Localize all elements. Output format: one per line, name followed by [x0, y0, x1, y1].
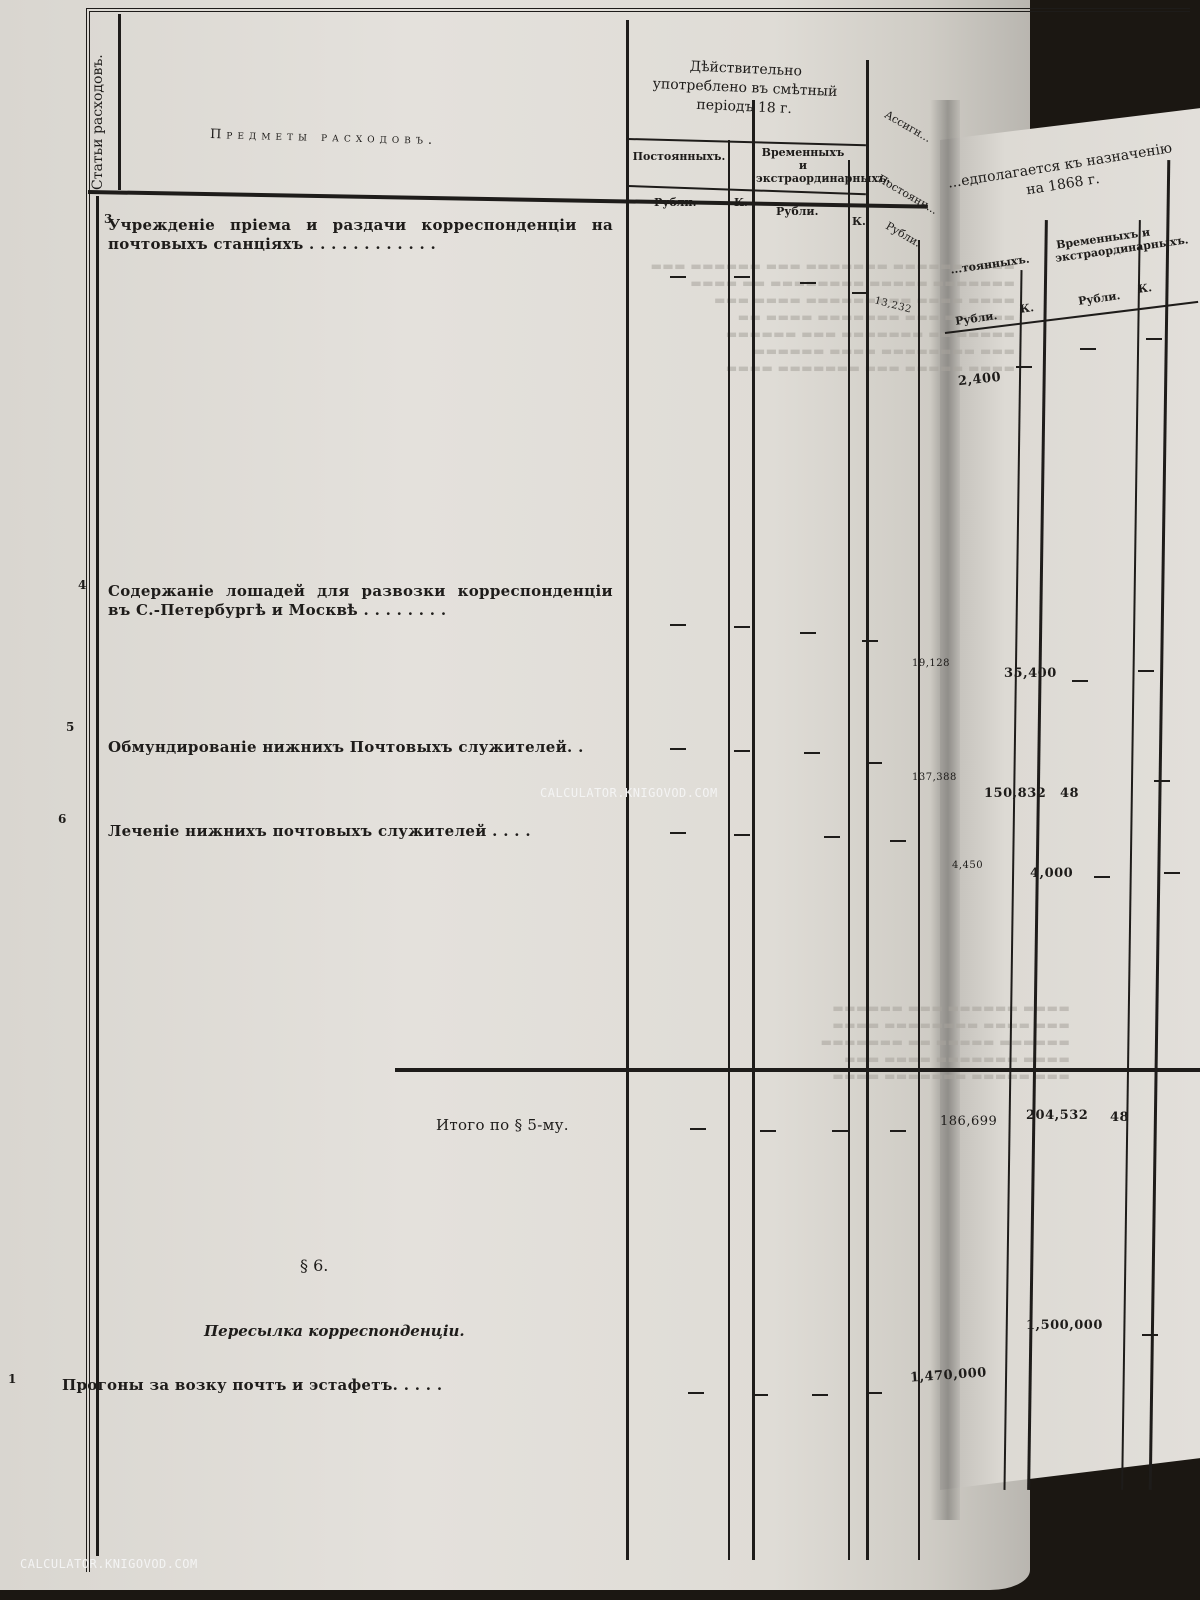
empty-value-dash — [734, 276, 750, 278]
header-actual-expenses: Дѣйствительно употреблено въ смѣтный пер… — [639, 55, 851, 121]
empty-value-dash — [1016, 366, 1032, 368]
total-assigned-value: 186,699 — [940, 1114, 997, 1129]
proposed-value: 1,500,000 — [1026, 1318, 1103, 1333]
watermark-bottom: CALCULATOR.KNIGOVOD.COM — [20, 1557, 198, 1571]
empty-value-dash — [862, 640, 878, 642]
empty-value-dash — [1072, 680, 1088, 682]
row-item-text: Обмундированіе нижнихъ Почтовыхъ служите… — [108, 738, 584, 757]
proposed-value: 35,400 — [1004, 666, 1057, 681]
total-proposed-kopecks: 48 — [1110, 1110, 1129, 1125]
header-permanent: Постоянныхъ. — [632, 150, 726, 163]
header-rubles: Рубли. — [776, 205, 818, 218]
column-divider — [728, 140, 730, 1560]
watermark-center: CALCULATOR.KNIGOVOD.COM — [540, 786, 718, 800]
empty-value-dash — [1146, 338, 1162, 340]
empty-value-dash — [752, 1394, 768, 1396]
empty-value-dash — [866, 1392, 882, 1394]
empty-value-dash — [890, 840, 906, 842]
section-subtitle: Пересылка корреспонденціи. — [204, 1322, 465, 1340]
empty-value-dash — [1142, 1334, 1158, 1336]
empty-value-dash — [670, 832, 686, 834]
header-rubles: Рубли. — [654, 196, 696, 209]
total-rule — [395, 1068, 1200, 1072]
empty-value-dash — [734, 626, 750, 628]
row-item-text: Леченіе нижнихъ почтовыхъ служителей . .… — [108, 822, 531, 841]
empty-value-dash — [890, 1130, 906, 1132]
empty-value-dash — [690, 1128, 706, 1130]
empty-value-dash — [800, 282, 816, 284]
empty-value-dash — [1138, 670, 1154, 672]
column-divider — [118, 14, 121, 190]
column-divider — [918, 240, 920, 1560]
empty-value-dash — [824, 836, 840, 838]
empty-value-dash — [866, 762, 882, 764]
proposed-value: 4,000 — [1030, 866, 1073, 881]
total-proposed-value: 204,532 — [1026, 1108, 1088, 1123]
empty-value-dash — [670, 276, 686, 278]
row-item-text: Прогоны за возку почтъ и эстафетъ. . . .… — [62, 1376, 442, 1395]
empty-value-dash — [1080, 348, 1096, 350]
empty-value-dash — [1154, 780, 1170, 782]
column-divider — [866, 60, 869, 1560]
empty-value-dash — [760, 1130, 776, 1132]
header-proposed-kopecks: К. — [1137, 281, 1153, 296]
header-proposed-kopecks: К. — [1019, 301, 1035, 316]
row-number: 1 — [8, 1372, 16, 1386]
header-temporary: Временныхъ и экстраординарныхъ. — [756, 146, 850, 185]
section-heading: § 6. — [300, 1256, 328, 1275]
empty-value-dash — [734, 834, 750, 836]
empty-value-dash — [852, 292, 868, 294]
column-divider — [752, 100, 755, 1560]
row-number: 4 — [78, 578, 86, 592]
empty-value-dash — [1164, 872, 1180, 874]
assigned-value: 19,128 — [912, 658, 950, 669]
proposed-value: 150,832 — [984, 786, 1046, 801]
row-number: 5 — [66, 720, 74, 734]
header-kopecks: К. — [852, 215, 866, 228]
empty-value-dash — [670, 748, 686, 750]
empty-value-dash — [812, 1394, 828, 1396]
empty-value-dash — [670, 624, 686, 626]
assigned-value: 137,388 — [912, 772, 957, 783]
empty-value-dash — [800, 632, 816, 634]
row-number: 6 — [58, 812, 66, 826]
empty-value-dash — [688, 1392, 704, 1394]
assigned-value: 4,450 — [952, 860, 983, 871]
header-kopecks: К. — [734, 196, 748, 209]
empty-value-dash — [1094, 876, 1110, 878]
total-label: Итого по § 5-му. — [436, 1116, 569, 1135]
empty-value-dash — [832, 1130, 848, 1132]
proposed-kopecks: 48 — [1060, 786, 1079, 801]
empty-value-dash — [804, 752, 820, 754]
empty-value-dash — [734, 750, 750, 752]
column-divider — [96, 196, 99, 1556]
row-item-text: Содержаніе лошадей для развозки корреспо… — [108, 582, 613, 620]
header-articles: Статьи расходовъ. — [90, 54, 106, 190]
row-item-text: Учрежденіе пріема и раздачи корреспонден… — [108, 216, 613, 254]
column-divider — [848, 160, 850, 1560]
